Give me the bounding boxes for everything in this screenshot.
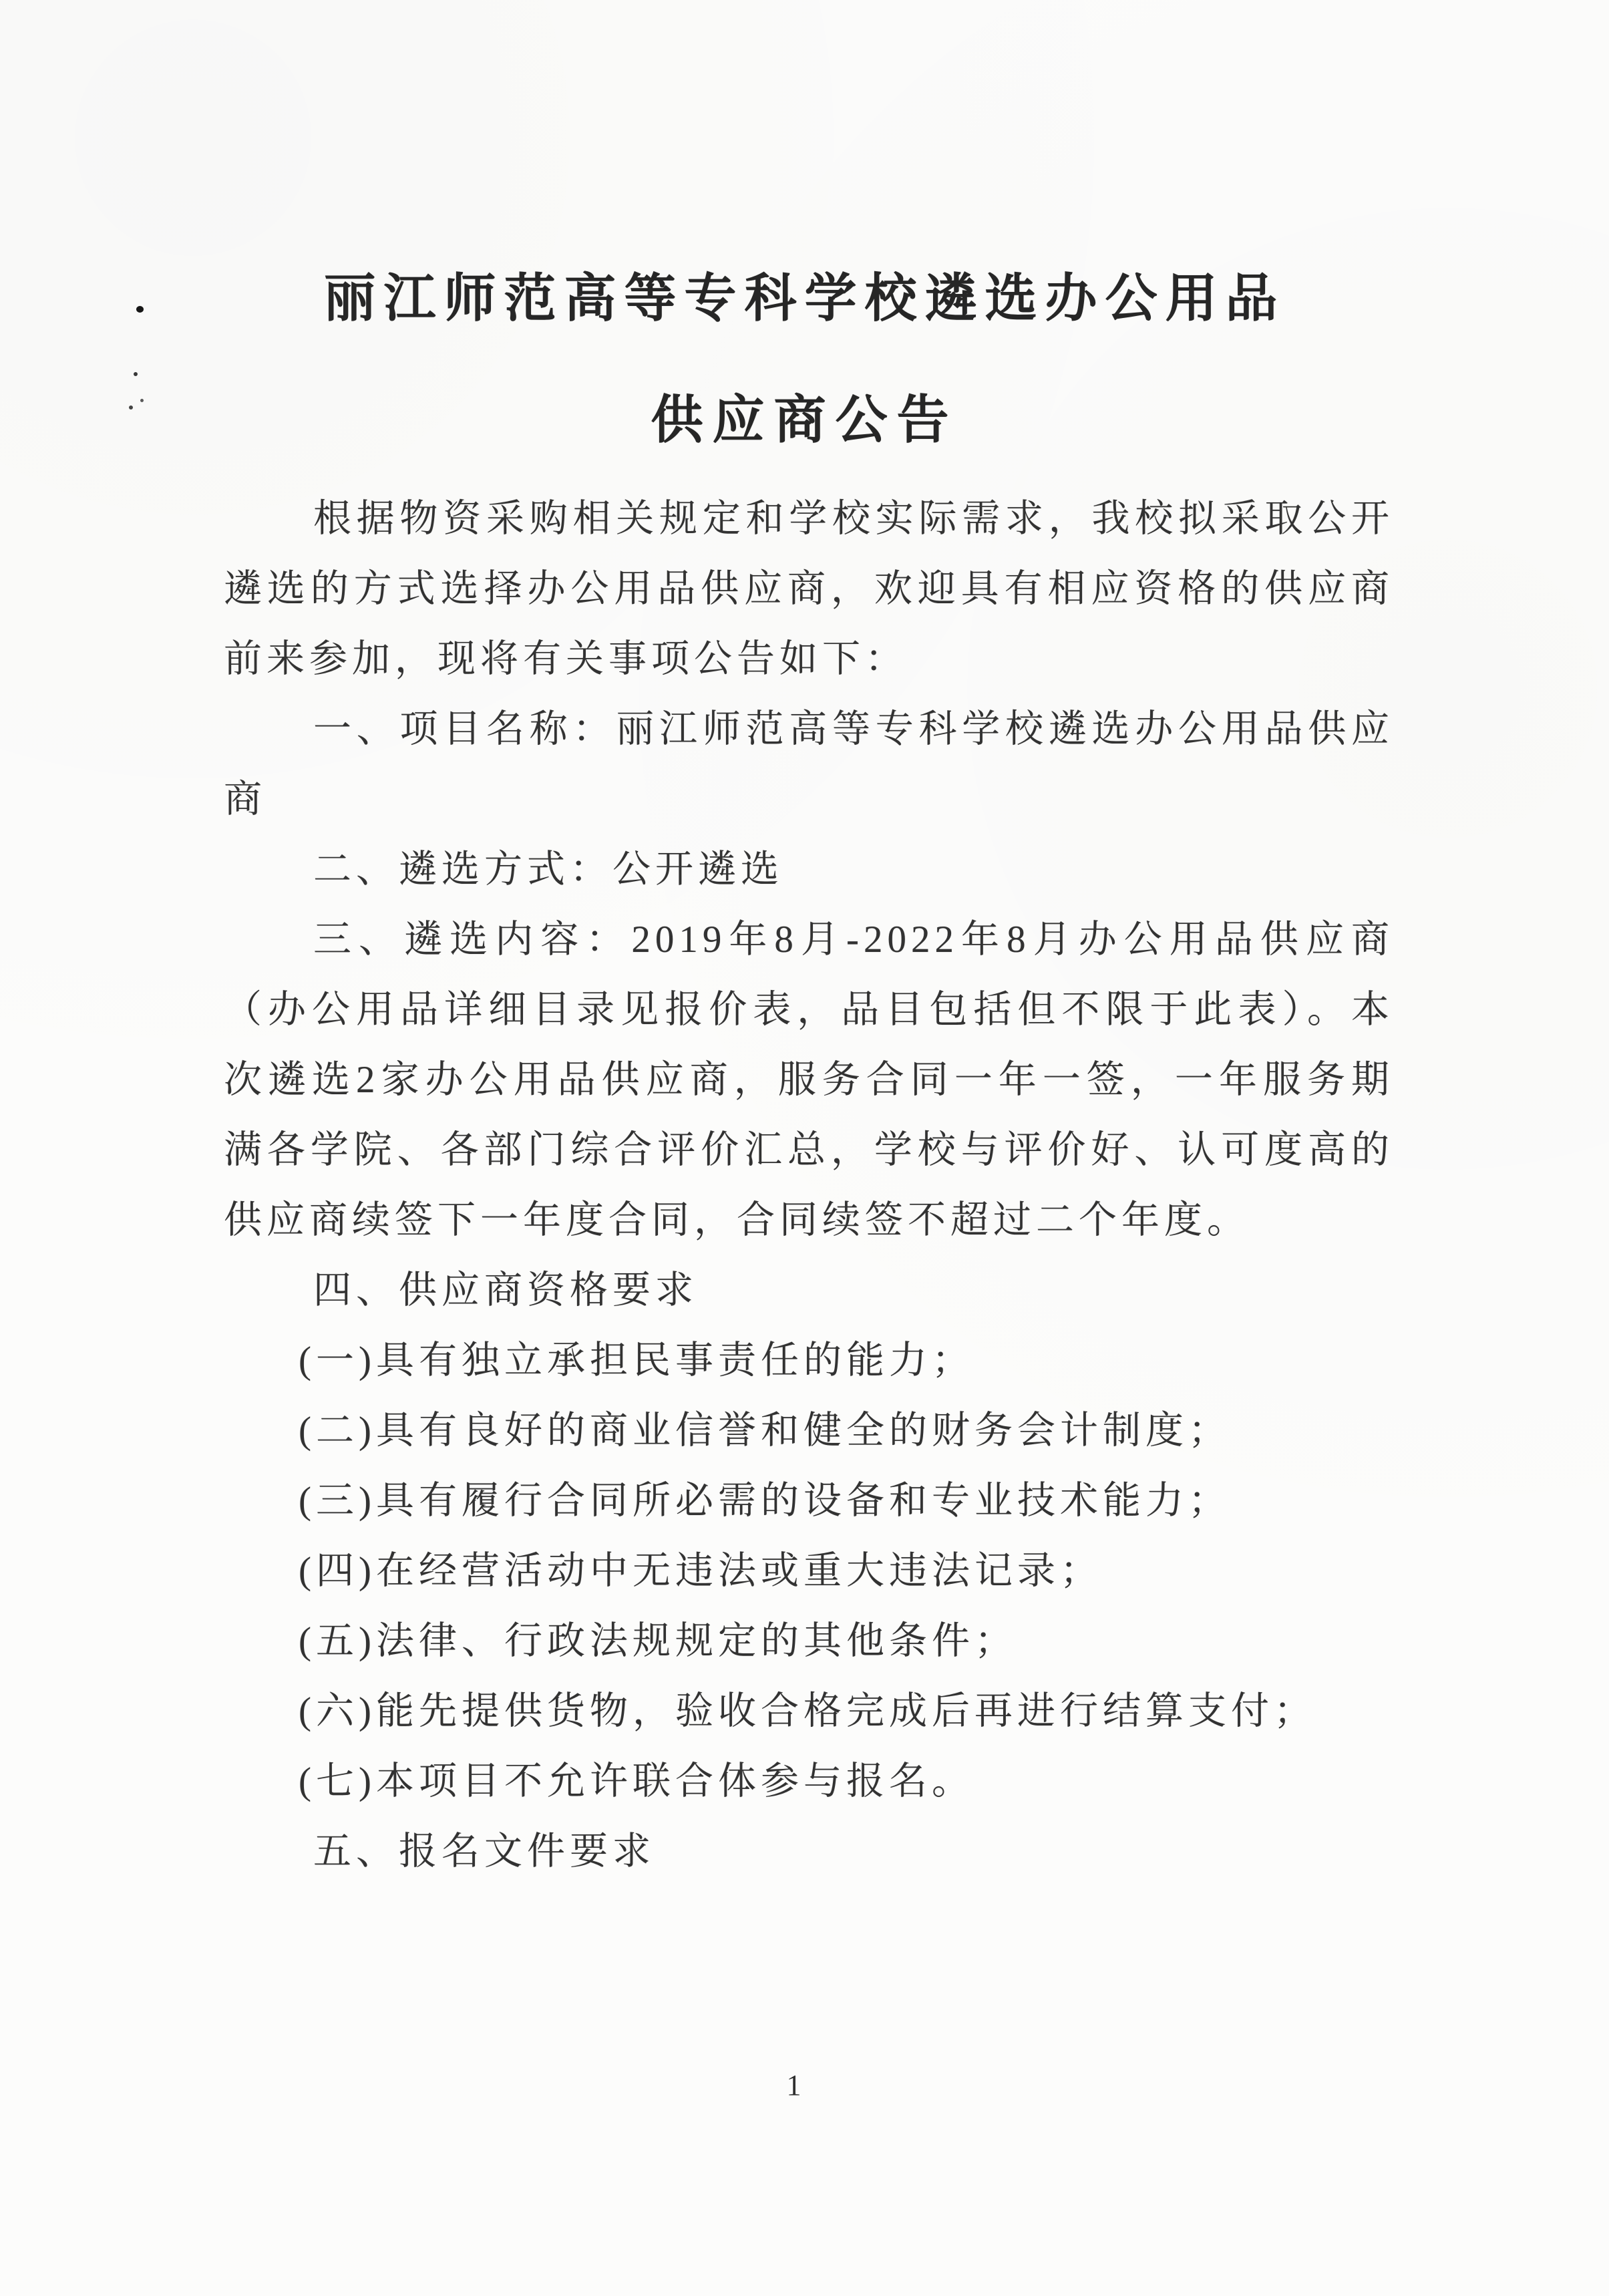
document-line: 商 [224, 764, 1394, 834]
document-line: (六)能先提供货物，验收合格完成后再进行结算支付； [224, 1676, 1394, 1746]
scan-speckle [134, 372, 138, 376]
document-line: 根据物资采购相关规定和学校实际需求，我校拟采取公开 [224, 484, 1394, 554]
document-line: 满各学院、各部门综合评价汇总，学校与评价好、认可度高的 [224, 1115, 1394, 1185]
document-line: 供应商续签下一年度合同，合同续签不超过二个年度。 [224, 1185, 1394, 1255]
document-line: 五、报名文件要求 [224, 1816, 1394, 1887]
document-line: 四、供应商资格要求 [224, 1255, 1394, 1325]
document-line: (一)具有独立承担民事责任的能力； [224, 1325, 1394, 1396]
document-line: 次遴选2家办公用品供应商，服务合同一年一签，一年服务期 [224, 1045, 1394, 1115]
document-body: 根据物资采购相关规定和学校实际需求，我校拟采取公开 遴选的方式选择办公用品供应商… [224, 484, 1394, 1887]
document-line: 三、遴选内容：2019年8月-2022年8月办公用品供应商 [224, 905, 1394, 975]
document-line: （办公用品详细目录见报价表，品目包括但不限于此表）。本 [224, 975, 1394, 1045]
page-number: 1 [0, 2068, 1598, 2102]
document-line: (四)在经营活动中无违法或重大违法记录； [224, 1536, 1394, 1606]
document-line: (五)法律、行政法规规定的其他条件； [224, 1606, 1394, 1676]
document-line: (三)具有履行合同所必需的设备和专业技术能力； [224, 1466, 1394, 1536]
document-title-line-2: 供应商公告 [0, 383, 1609, 457]
document-line: (七)本项目不允许联合体参与报名。 [224, 1746, 1394, 1816]
document-line: 二、遴选方式：公开遴选 [224, 834, 1394, 905]
document-line: (二)具有良好的商业信誉和健全的财务会计制度； [224, 1396, 1394, 1466]
document-line: 遴选的方式选择办公用品供应商，欢迎具有相应资格的供应商 [224, 554, 1394, 624]
scanned-document-page: 丽江师范高等专科学校遴选办公用品 供应商公告 根据物资采购相关规定和学校实际需求… [0, 0, 1609, 2296]
document-title-line-1: 丽江师范高等专科学校遴选办公用品 [0, 262, 1609, 335]
document-line: 前来参加，现将有关事项公告如下： [224, 624, 1394, 694]
document-line: 一、项目名称：丽江师范高等专科学校遴选办公用品供应 [224, 694, 1394, 764]
